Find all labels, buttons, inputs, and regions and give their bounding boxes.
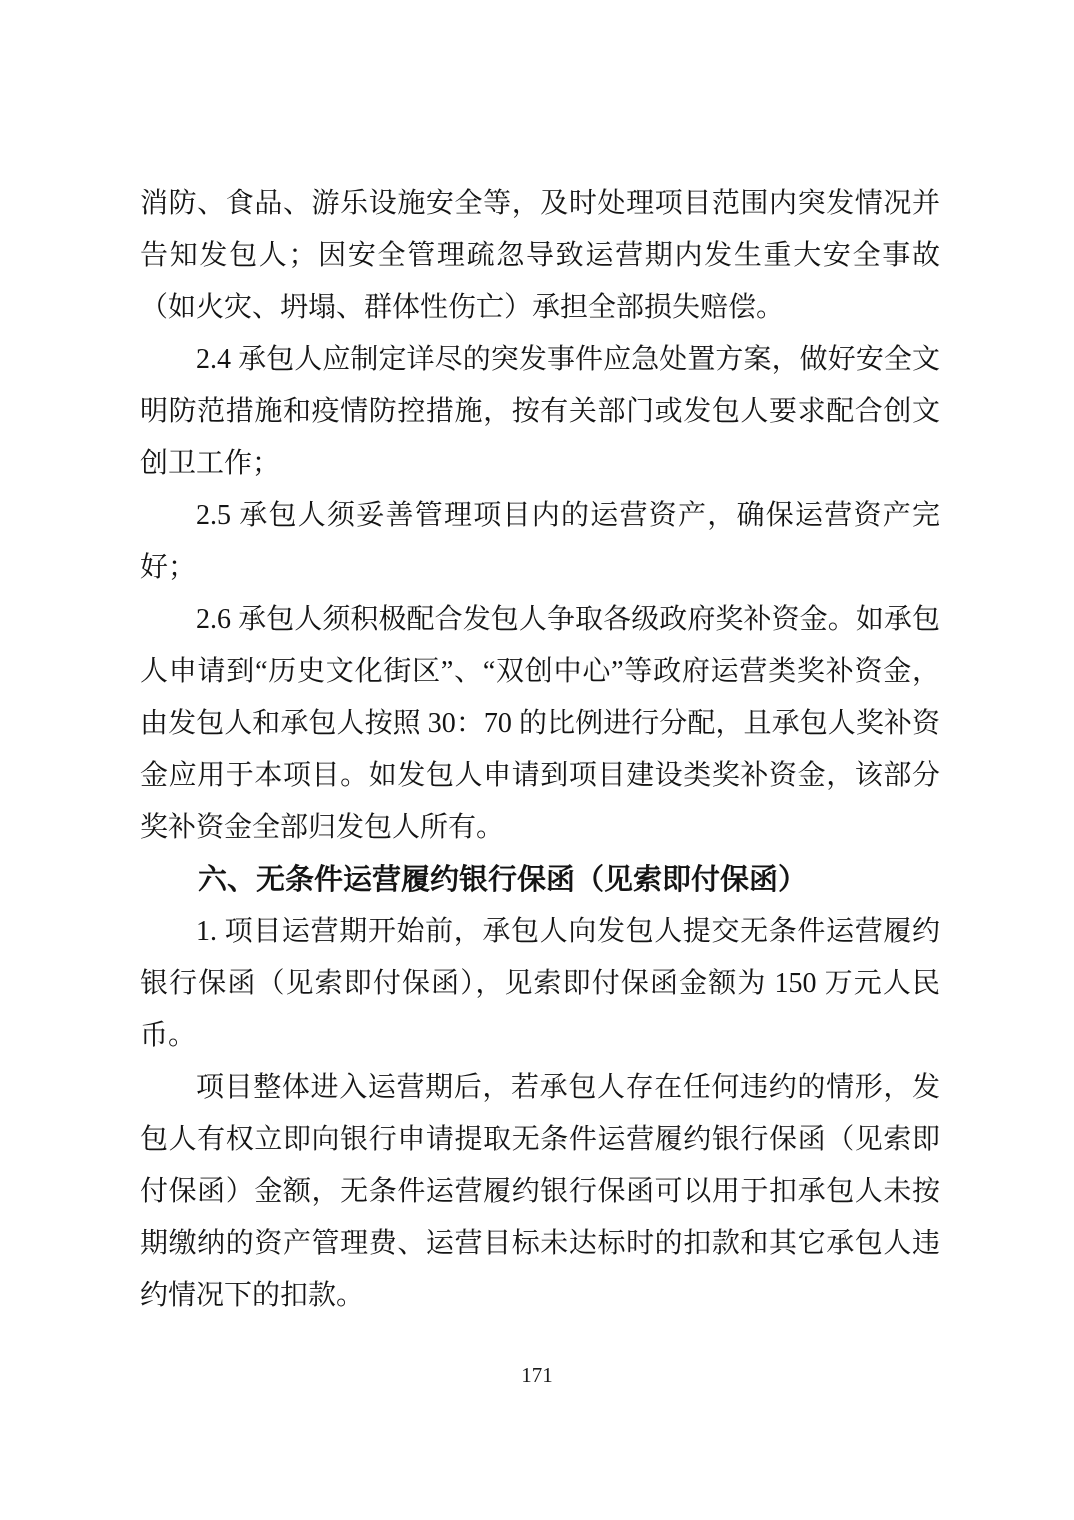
paragraph-guarantee-submission: 1. 项目运营期开始前，承包人向发包人提交无条件运营履约银行保函（见索即付保函）…: [140, 906, 940, 1062]
paragraph-2-4: 2.4 承包人应制定详尽的突发事件应急处置方案，做好安全文明防范措施和疫情防控措…: [140, 334, 940, 490]
paragraph-safety-continuation: 消防、食品、游乐设施安全等，及时处理项目范围内突发情况并告知发包人；因安全管理疏…: [140, 178, 940, 334]
paragraph-2-5: 2.5 承包人须妥善管理项目内的运营资产，确保运营资产完好；: [140, 490, 940, 594]
document-body: 消防、食品、游乐设施安全等，及时处理项目范围内突发情况并告知发包人；因安全管理疏…: [140, 178, 940, 1322]
section-heading-six-bank-guarantee: 六、无条件运营履约银行保函（见索即付保函）: [140, 854, 940, 906]
document-page: 消防、食品、游乐设施安全等，及时处理项目范围内突发情况并告知发包人；因安全管理疏…: [0, 0, 1074, 1520]
paragraph-2-6: 2.6 承包人须积极配合发包人争取各级政府奖补资金。如承包人申请到“历史文化街区…: [140, 594, 940, 854]
paragraph-guarantee-claim: 项目整体进入运营期后，若承包人存在任何违约的情形，发包人有权立即向银行申请提取无…: [140, 1062, 940, 1322]
page-number: 171: [0, 1363, 1074, 1388]
